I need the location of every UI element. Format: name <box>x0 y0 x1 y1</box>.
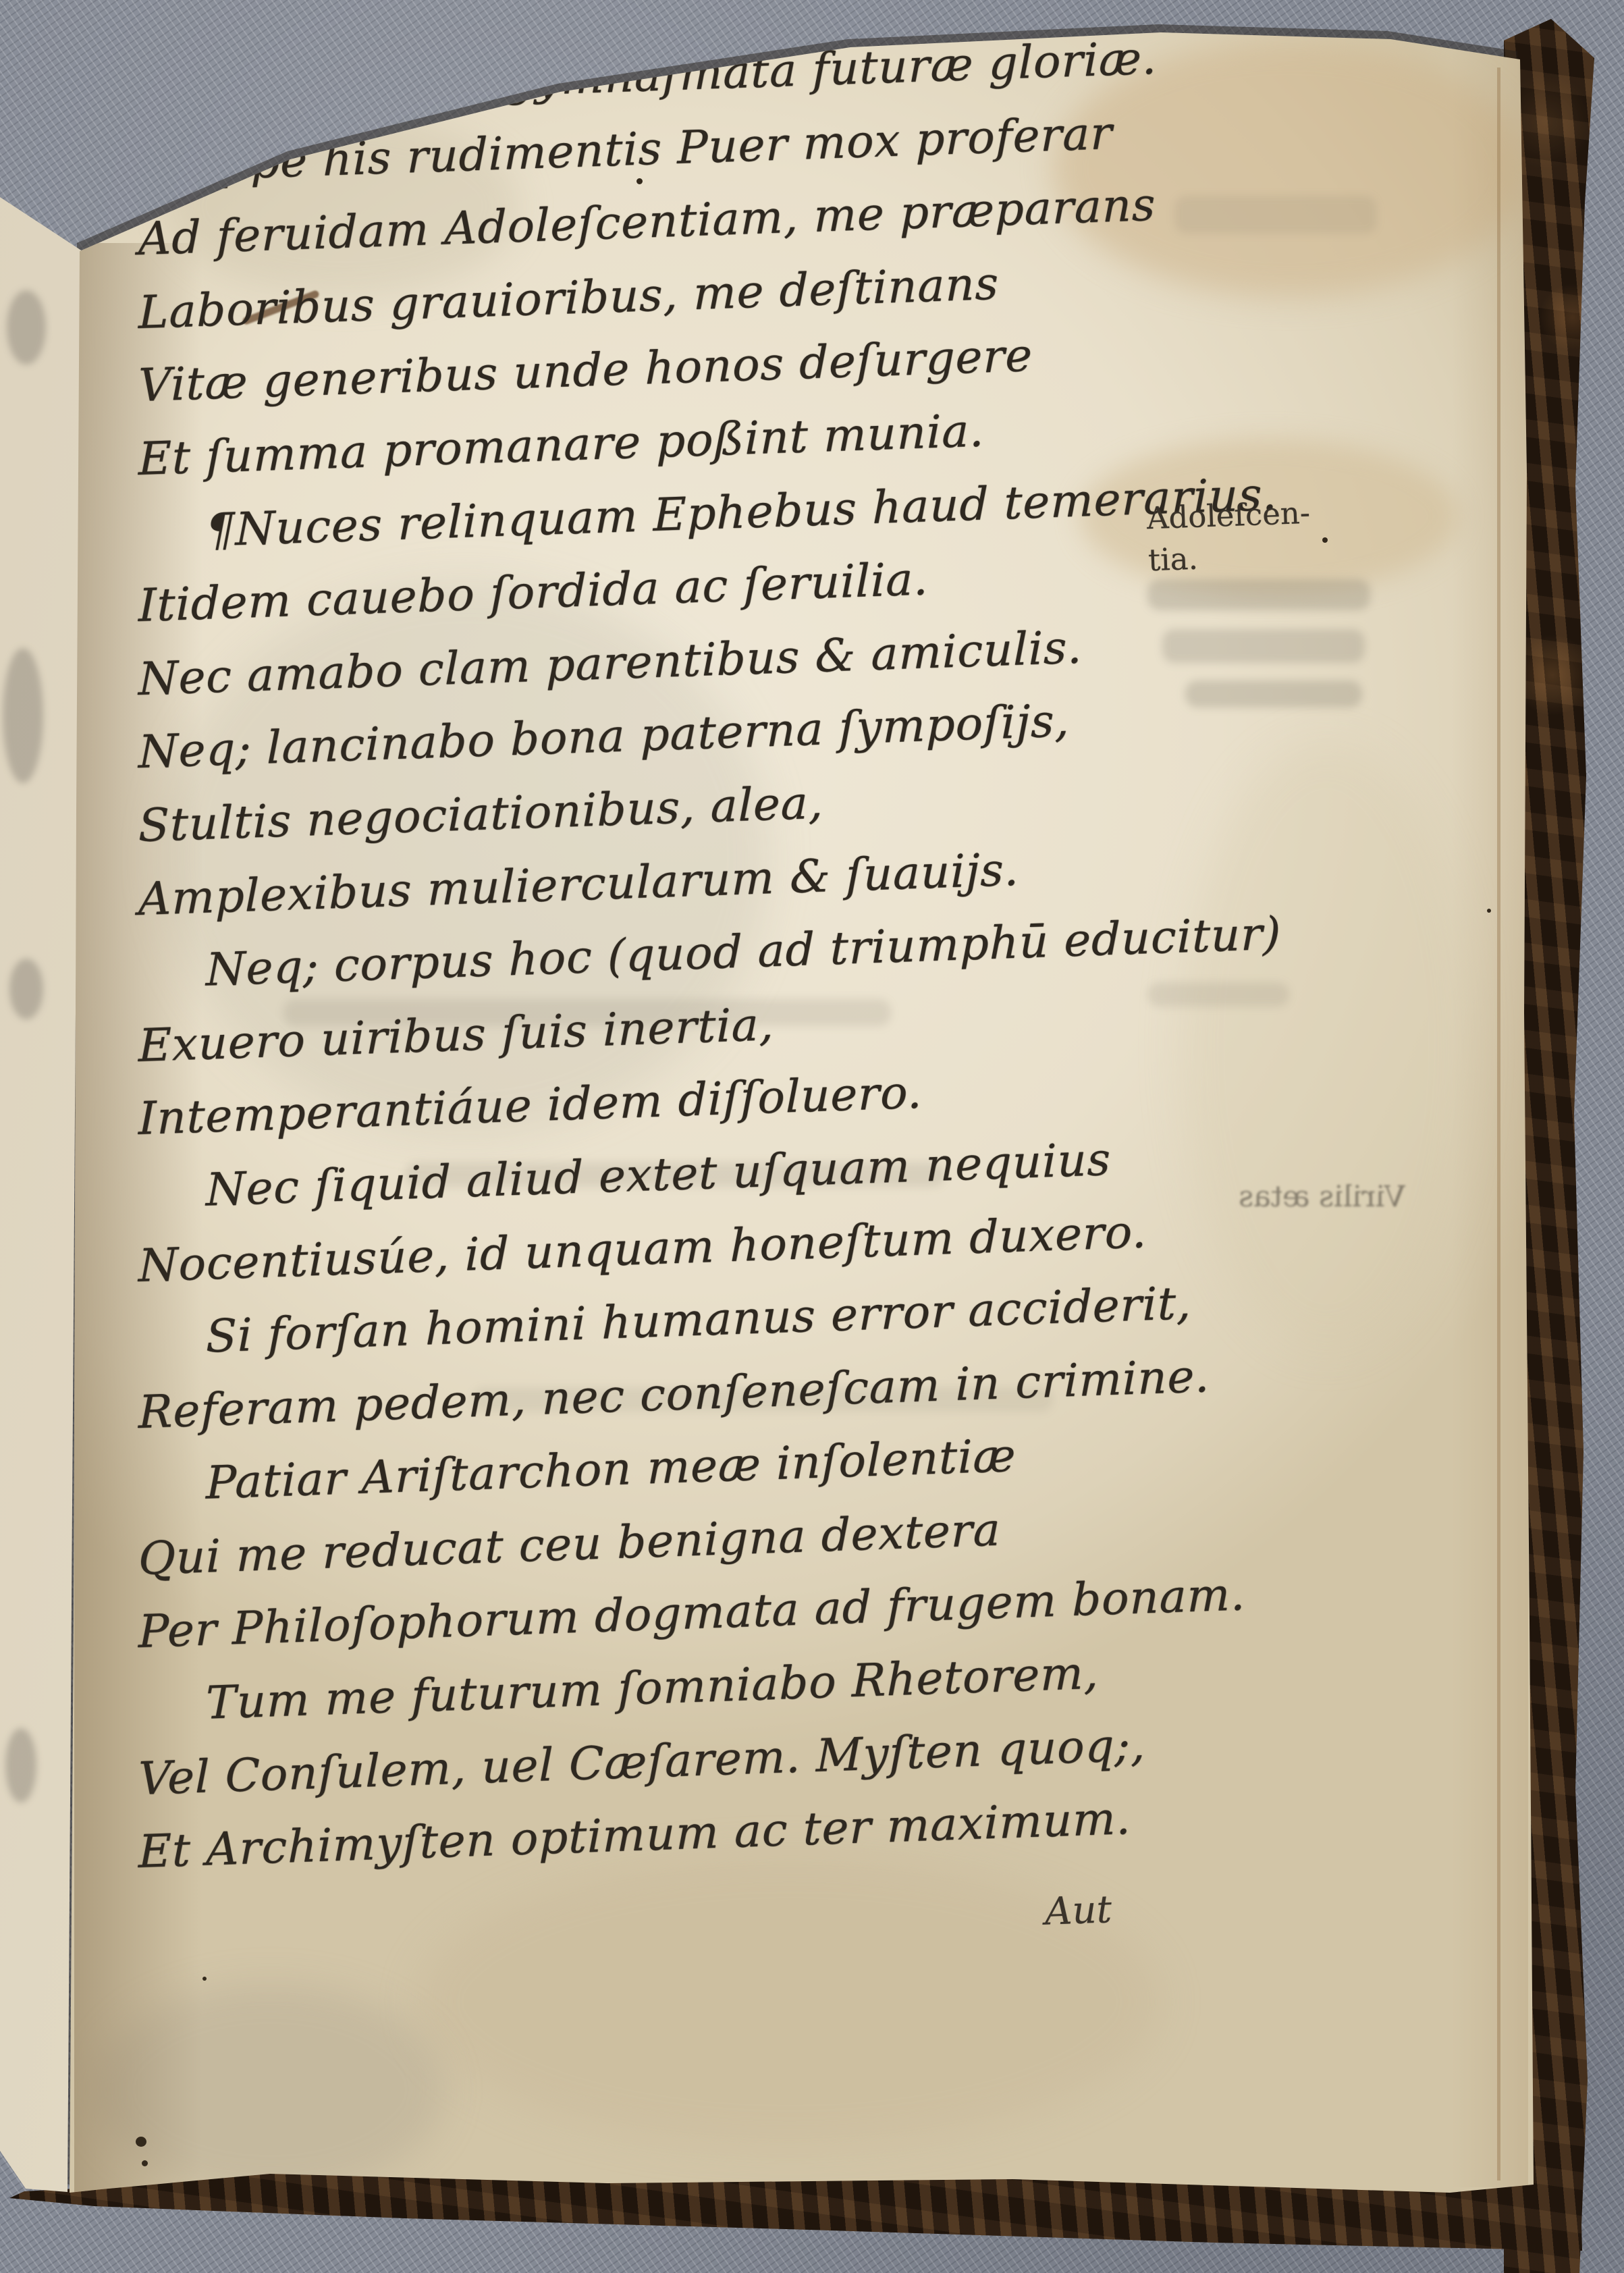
book-page: Virilis ætas Ea erunt progymnaſmata futu… <box>0 0 1624 2273</box>
margin-note-line: Adoleſcen- <box>1146 492 1311 539</box>
fore-edge-shading <box>1451 41 1528 2187</box>
ink-speck <box>1322 537 1328 543</box>
showthrough-blot <box>3 648 43 783</box>
ink-speck <box>142 2160 148 2166</box>
ink-speck <box>202 1977 207 1981</box>
showthrough-blot <box>9 959 43 1019</box>
catchword: Aut <box>1044 1888 1112 1933</box>
showthrough-blot <box>5 1728 36 1802</box>
poem-text: Ea erunt progymnaſmata futuræ gloriæ.Qui… <box>138 20 1299 1892</box>
photo-of-open-book: Virilis ætas Ea erunt progymnaſmata futu… <box>0 0 1624 2273</box>
margin-note: Adoleſcen- tia. <box>1146 492 1312 581</box>
ink-speck <box>136 2137 146 2147</box>
fore-edge-line <box>1497 68 1500 2181</box>
ink-speck <box>637 178 643 184</box>
showthrough-blot <box>7 290 46 365</box>
ink-speck <box>1487 909 1491 913</box>
margin-note-line: tia. <box>1147 534 1312 581</box>
